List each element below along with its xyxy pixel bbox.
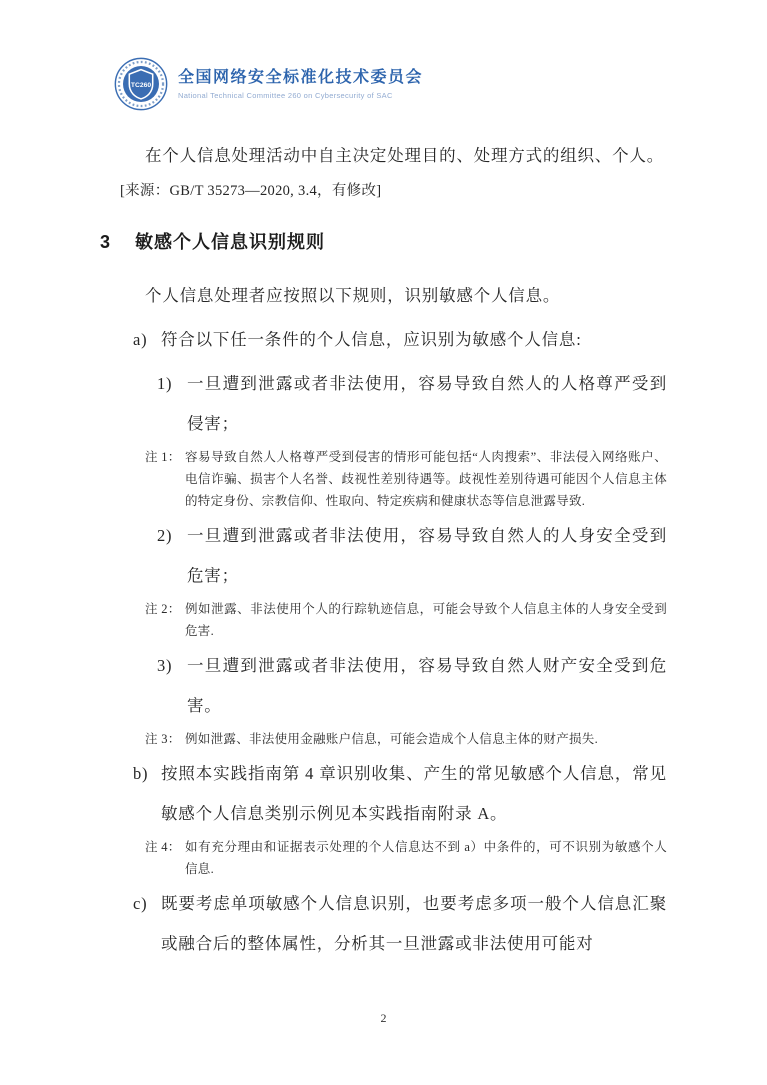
intro-paragraph: 在个人信息处理活动中自主决定处理目的、处理方式的组织、个人。 (100, 136, 667, 176)
list-item-c: c) 既要考虑单项敏感个人信息识别，也要考虑多项一般个人信息汇聚或融合后的整体属… (133, 884, 667, 964)
list-item-a1-text: 一旦遭到泄露或者非法使用，容易导致自然人的人格尊严受到侵害； (187, 364, 667, 444)
list-item-b: b) 按照本实践指南第 4 章识别收集、产生的常见敏感个人信息，常见敏感个人信息… (133, 754, 667, 834)
section-number: 3 (100, 232, 111, 253)
document-page: TC260 全国网络安全标准化技术委员会 National Technical … (0, 0, 767, 1085)
org-title-cn: 全国网络安全标准化技术委员会 (178, 68, 423, 88)
list-item-a3-text: 一旦遭到泄露或者非法使用，容易导致自然人财产安全受到危害。 (187, 646, 667, 726)
lead-paragraph: 个人信息处理者应按照以下规则，识别敏感个人信息。 (100, 276, 667, 316)
page-footer: 2 (0, 1009, 767, 1027)
note-3-text: 例如泄露、非法使用金融账户信息，可能会造成个人信息主体的财产损失. (185, 728, 667, 750)
note-4: 注 4： 如有充分理由和证据表示处理的个人信息达不到 a）中条件的，可不识别为敏… (145, 836, 667, 880)
note-4-text: 如有充分理由和证据表示处理的个人信息达不到 a）中条件的，可不识别为敏感个人信息… (185, 836, 667, 880)
badge-label: TC260 (131, 82, 152, 89)
org-title-en: National Technical Committee 260 on Cybe… (178, 91, 423, 100)
list-item-b-text: 按照本实践指南第 4 章识别收集、产生的常见敏感个人信息，常见敏感个人信息类别示… (161, 754, 667, 834)
note-2: 注 2： 例如泄露、非法使用个人的行踪轨迹信息，可能会导致个人信息主体的人身安全… (145, 598, 667, 642)
note-2-label: 注 2： (145, 598, 185, 642)
document-body: 在个人信息处理活动中自主决定处理目的、处理方式的组织、个人。 [来源：GB/T … (100, 136, 667, 964)
section-title: 敏感个人信息识别规则 (135, 228, 325, 254)
list-item-a3-label: 3) (157, 646, 187, 726)
list-item-b-label: b) (133, 754, 161, 834)
list-item-a2: 2) 一旦遭到泄露或者非法使用，容易导致自然人的人身安全受到危害； (157, 516, 667, 596)
note-3-label: 注 3： (145, 728, 185, 750)
note-1-label: 注 1： (145, 446, 185, 512)
list-item-a1: 1) 一旦遭到泄露或者非法使用，容易导致自然人的人格尊严受到侵害； (157, 364, 667, 444)
note-1-text: 容易导致自然人人格尊严受到侵害的情形可能包括“人肉搜索”、非法侵入网络账户、电信… (185, 446, 667, 512)
source-reference: [来源：GB/T 35273—2020, 3.4，有修改] (120, 178, 667, 204)
list-item-a3: 3) 一旦遭到泄露或者非法使用，容易导致自然人财产安全受到危害。 (157, 646, 667, 726)
note-1: 注 1： 容易导致自然人人格尊严受到侵害的情形可能包括“人肉搜索”、非法侵入网络… (145, 446, 667, 512)
list-item-a1-label: 1) (157, 364, 187, 444)
tc260-badge-icon: TC260 (114, 57, 168, 111)
note-3: 注 3： 例如泄露、非法使用金融账户信息，可能会造成个人信息主体的财产损失. (145, 728, 667, 750)
logo-text: 全国网络安全标准化技术委员会 National Technical Commit… (178, 68, 423, 100)
list-item-c-label: c) (133, 884, 161, 964)
note-4-label: 注 4： (145, 836, 185, 880)
list-item-a2-text: 一旦遭到泄露或者非法使用，容易导致自然人的人身安全受到危害； (187, 516, 667, 596)
list-item-a-text: 符合以下任一条件的个人信息，应识别为敏感个人信息: (161, 320, 667, 360)
list-item-a: a) 符合以下任一条件的个人信息，应识别为敏感个人信息: (133, 320, 667, 360)
page-number: 2 (381, 1011, 387, 1025)
note-2-text: 例如泄露、非法使用个人的行踪轨迹信息，可能会导致个人信息主体的人身安全受到危害. (185, 598, 667, 642)
section-heading: 3 敏感个人信息识别规则 (100, 228, 667, 254)
list-item-c-text: 既要考虑单项敏感个人信息识别，也要考虑多项一般个人信息汇聚或融合后的整体属性，分… (161, 884, 667, 964)
list-item-a2-label: 2) (157, 516, 187, 596)
list-item-a-label: a) (133, 320, 161, 360)
header: TC260 全国网络安全标准化技术委员会 National Technical … (114, 56, 667, 112)
